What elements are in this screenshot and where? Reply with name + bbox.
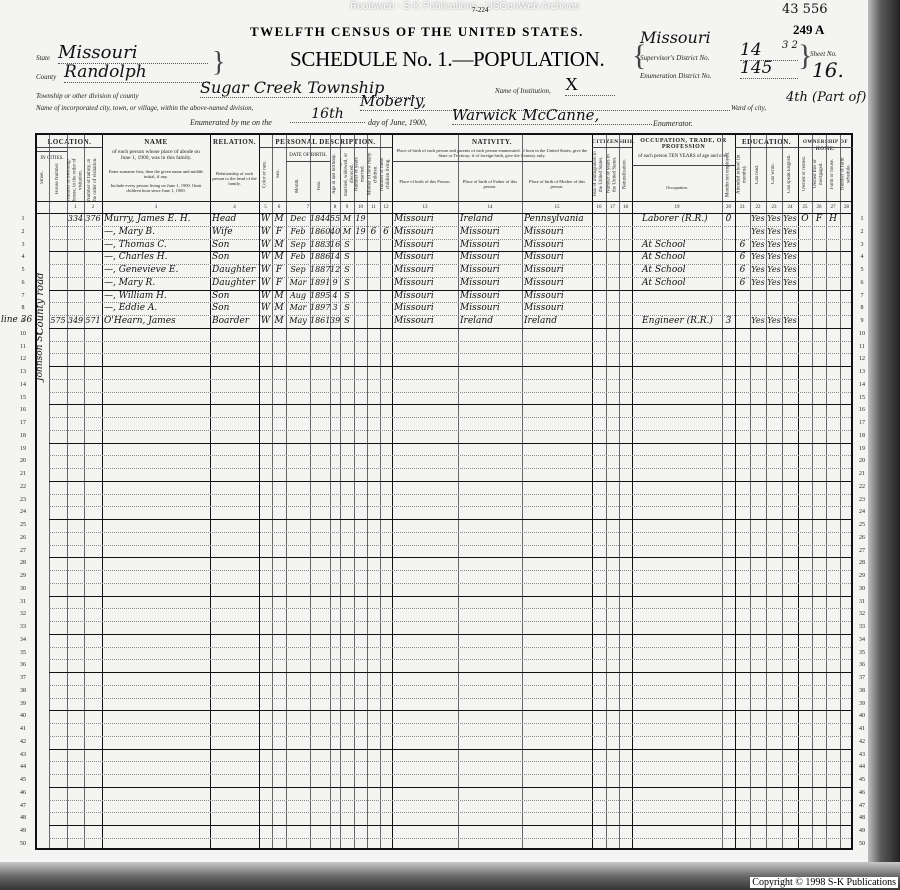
- row-divider: [49, 838, 851, 839]
- column-label: Can speak English.: [782, 151, 798, 197]
- column-number: 3: [102, 204, 210, 211]
- cell-father-bp: Missouri: [460, 226, 522, 238]
- cell-birthplace: Missouri: [394, 315, 458, 327]
- row-divider: [49, 404, 851, 405]
- column-label: Number of family, in the order of visita…: [84, 157, 102, 203]
- cell-age: 4: [330, 290, 340, 302]
- ward-value: 4th (Part of): [786, 90, 866, 105]
- line-number: 25: [855, 522, 869, 528]
- line-number: 3: [16, 242, 30, 248]
- line-number: 18: [855, 433, 869, 439]
- line-number: 43: [855, 752, 869, 758]
- line-number: 45: [855, 777, 869, 783]
- column-label: Color or race.: [259, 151, 272, 197]
- line-number: 15: [16, 395, 30, 401]
- column-number: 26: [812, 204, 826, 211]
- cell-relation: Son: [212, 290, 259, 302]
- row-divider: [49, 468, 851, 469]
- line-number: 8: [16, 305, 30, 311]
- line-number: 44: [855, 764, 869, 770]
- cell-write: Yes: [766, 251, 782, 263]
- county-value: Randolph: [64, 62, 208, 83]
- enumerated-prefix: Enumerated by me on the: [190, 118, 272, 127]
- row-divider: [49, 608, 851, 609]
- header-rule: [37, 147, 102, 148]
- cell-write: Yes: [766, 264, 782, 276]
- column-number: 28: [840, 204, 853, 211]
- table-row: —, William H.SonWMAug18954SMissouriMisso…: [37, 290, 851, 303]
- cell-year: 1897: [310, 302, 330, 314]
- cell-read: Yes: [750, 251, 766, 263]
- cell-years-married: 19: [354, 213, 367, 225]
- line-number: 17: [855, 420, 869, 426]
- line-number: 4: [16, 254, 30, 260]
- row-divider: [49, 392, 851, 393]
- schedule-title: SCHEDULE No. 1.—POPULATION.: [290, 47, 605, 72]
- line-number: 2: [855, 229, 869, 235]
- cell-month: Mar: [286, 302, 310, 314]
- cell-year: 1891: [310, 277, 330, 289]
- cell-father-bp: Missouri: [460, 251, 522, 263]
- cell-color: W: [259, 226, 272, 238]
- header-rule: [259, 147, 392, 148]
- enumerator-name: Warwick McCanne,: [452, 106, 652, 125]
- line-number: 7: [855, 293, 869, 299]
- row-divider: [49, 328, 851, 329]
- cell-sex: M: [272, 251, 286, 263]
- line-number: 31: [855, 599, 869, 605]
- row-divider: [49, 736, 851, 737]
- cell-english: Yes: [782, 264, 798, 276]
- table-row: —, Genevieve E.DaughterWFSep188712SMisso…: [37, 264, 851, 277]
- line-number: 8: [855, 305, 869, 311]
- line-number: 39: [855, 701, 869, 707]
- table-row: —, Eddie A.SonWMMar18973SMissouriMissour…: [37, 302, 851, 315]
- cell-free: F: [812, 213, 826, 225]
- line-number: 16: [855, 407, 869, 413]
- line-number: 29: [16, 573, 30, 579]
- page-id: 249 A: [793, 22, 824, 38]
- header-rule: [592, 147, 632, 148]
- row-divider: [49, 557, 851, 558]
- cell-occupation: Engineer (R.R.): [634, 315, 730, 327]
- line-number: 23: [855, 497, 869, 503]
- date-of-birth-label: DATE OF BIRTH.: [286, 153, 330, 158]
- table-row: —, Mary R.DaughterWFMar18919SMissouriMis…: [37, 277, 851, 290]
- column-number: 4: [210, 204, 259, 211]
- row-divider: [49, 698, 851, 699]
- line-number: 19: [16, 446, 30, 452]
- column-number: 24: [782, 204, 798, 211]
- cell-marital: M: [340, 213, 354, 225]
- brace: }: [212, 48, 225, 78]
- cell-month: Mar: [286, 277, 310, 289]
- row-divider: [49, 570, 851, 571]
- line-number: 4: [855, 254, 869, 260]
- column-label: Attended school (in months).: [735, 151, 750, 197]
- row-divider: [49, 672, 851, 673]
- scan-edge-right: [868, 0, 900, 890]
- line-number: 10: [855, 331, 869, 337]
- cell-relation: Daughter: [212, 277, 259, 289]
- state-value: Missouri: [58, 42, 208, 64]
- column-label: Place of birth of this Person.: [394, 179, 456, 184]
- line-number: 46: [16, 790, 30, 796]
- table-row: —, Charles H.SonWMFeb188614SMissouriMiss…: [37, 251, 851, 264]
- line-number: 6: [16, 280, 30, 286]
- margin-note-johnson-st: Johnson St: [35, 321, 45, 381]
- column-number: 2: [84, 204, 102, 211]
- cell-year: 1844: [310, 213, 330, 225]
- stamp-number: 43 556: [782, 2, 828, 17]
- cell-english: Yes: [782, 226, 798, 238]
- column-label: Number of years in the United States.: [606, 151, 619, 197]
- cell-mother-bp: Ireland: [524, 315, 592, 327]
- row-divider: [49, 800, 851, 801]
- column-number: 8: [330, 204, 340, 211]
- cell-color: W: [259, 302, 272, 314]
- table-row: —, Thomas C.SonWMSep188316SMissouriMisso…: [37, 239, 851, 252]
- line-number: 17: [16, 420, 30, 426]
- occupation-desc: of each person TEN YEARS of age and over…: [635, 154, 732, 160]
- row-divider: [49, 634, 851, 635]
- cell-read: Yes: [750, 264, 766, 276]
- line-number: 28: [855, 560, 869, 566]
- name-desc-3: Include every person living on June 1, 1…: [107, 183, 205, 193]
- city-label: Name of incorporated city, town, or vill…: [36, 104, 253, 112]
- line-number: 42: [855, 739, 869, 745]
- line-number: 28: [16, 560, 30, 566]
- cell-marital: S: [340, 277, 354, 289]
- cell-color: W: [259, 277, 272, 289]
- cell-marital: M: [340, 226, 354, 238]
- group-relation: RELATION.: [210, 139, 259, 146]
- cell-mother-bp: Pennsylvania: [524, 213, 592, 225]
- row-divider: [49, 494, 851, 495]
- column-label: Months not employed.: [722, 151, 735, 197]
- line-number: 20: [16, 458, 30, 464]
- cell-name: —, Thomas C.: [104, 239, 210, 251]
- row-divider: [49, 621, 851, 622]
- column-number: 21: [735, 204, 750, 211]
- ward-label: Ward of city,: [731, 104, 766, 112]
- group-location: LOCATION.: [37, 139, 102, 146]
- line-number: 34: [16, 637, 30, 643]
- line-number: 11: [855, 344, 869, 350]
- cell-father-bp: Missouri: [460, 264, 522, 276]
- column-label: Number of dwelling-house, in the order o…: [67, 157, 84, 203]
- line-number: 36: [855, 662, 869, 668]
- cell-family: 571: [84, 315, 102, 327]
- copyright: Copyright © 1998 S-K Publications: [750, 877, 898, 888]
- row-divider: [49, 749, 851, 750]
- line-number: 10: [16, 331, 30, 337]
- group-nativity: NATIVITY.: [392, 139, 592, 146]
- line-number: 50: [16, 841, 30, 847]
- line-number: 1: [16, 216, 30, 222]
- line-number: 7: [16, 293, 30, 299]
- line-number: 26: [16, 535, 30, 541]
- column-label: Owned free or mortgaged.: [812, 151, 826, 197]
- cell-year: 1860: [310, 226, 330, 238]
- cell-name: —, Charles H.: [104, 251, 210, 263]
- column-number: 18: [619, 204, 632, 211]
- line-number: 41: [16, 726, 30, 732]
- row-divider: [49, 761, 851, 762]
- column-label: Mother of how many children.: [367, 151, 380, 197]
- line-number: 33: [855, 624, 869, 630]
- cell-color: W: [259, 251, 272, 263]
- sheet-value: 16.: [812, 58, 844, 82]
- cell-age: 55: [330, 213, 340, 225]
- cell-birthplace: Missouri: [394, 226, 458, 238]
- cell-relation: Son: [212, 251, 259, 263]
- column-number: 20: [722, 204, 735, 211]
- cell-sex: F: [272, 264, 286, 276]
- cell-marital: S: [340, 239, 354, 251]
- cell-sex: M: [272, 239, 286, 251]
- cell-age: 39: [330, 315, 340, 327]
- line-number: 30: [855, 586, 869, 592]
- line-number: 49: [855, 828, 869, 834]
- cell-marital: S: [340, 264, 354, 276]
- cell-color: W: [259, 290, 272, 302]
- line-number: 44: [16, 764, 30, 770]
- row-divider: [49, 455, 851, 456]
- column-number: 9: [340, 204, 354, 211]
- cell-family: 376: [84, 213, 102, 225]
- line-number: 48: [16, 815, 30, 821]
- state-label: State: [36, 54, 50, 62]
- cell-school: 6: [735, 264, 750, 276]
- cell-mother-bp: Missouri: [524, 290, 592, 302]
- cell-occupation: At School: [634, 277, 730, 289]
- cell-unemployed: 0: [722, 213, 735, 225]
- cell-mother-bp: Missouri: [524, 264, 592, 276]
- column-number: 17: [606, 204, 619, 211]
- census-title: TWELFTH CENSUS OF THE UNITED STATES.: [250, 24, 584, 40]
- line-number: 35: [16, 650, 30, 656]
- line-number: 42: [16, 739, 30, 745]
- column-number: 6: [272, 204, 286, 211]
- cell-month: Sep: [286, 239, 310, 251]
- row-divider: [49, 812, 851, 813]
- line-number: 15: [855, 395, 869, 401]
- header-rule: [632, 165, 735, 166]
- column-label: Farm or house.: [826, 151, 840, 197]
- line-number: 13: [855, 369, 869, 375]
- cell-year: 1887: [310, 264, 330, 276]
- cell-sex: F: [272, 226, 286, 238]
- column-label: Can write.: [766, 151, 782, 197]
- enumeration-label: Enumeration District No.: [640, 72, 711, 80]
- line-number: 33: [16, 624, 30, 630]
- line-number: 5: [16, 267, 30, 273]
- name-desc-2: Enter surname first, then the given name…: [107, 169, 205, 179]
- cell-relation: Son: [212, 239, 259, 251]
- cell-month: May: [286, 315, 310, 327]
- cell-read: Yes: [750, 226, 766, 238]
- cell-age: 3: [330, 302, 340, 314]
- header-rule: [735, 147, 798, 148]
- line-number: 25: [16, 522, 30, 528]
- cell-read: Yes: [750, 239, 766, 251]
- column-label: Whether single, married, widowed, or div…: [340, 151, 354, 197]
- cell-name: Murry, James E. H.: [104, 213, 210, 225]
- cell-english: Yes: [782, 251, 798, 263]
- line-number: 11: [16, 344, 30, 350]
- cell-occupation: At School: [634, 251, 730, 263]
- column-number: 10: [354, 204, 367, 211]
- cell-age: 40: [330, 226, 340, 238]
- cell-year: 1883: [310, 239, 330, 251]
- column-label: Occupation.: [634, 185, 720, 190]
- line-number: 13: [16, 369, 30, 375]
- watermark: Rootsweb - S-K Publications - USGenWeb A…: [350, 1, 579, 12]
- cell-birthplace: Missouri: [394, 264, 458, 276]
- line-number: 31: [16, 599, 30, 605]
- cell-month: Feb: [286, 226, 310, 238]
- cell-birthplace: Missouri: [394, 251, 458, 263]
- column-number: 27: [826, 204, 840, 211]
- cell-occupation: At School: [634, 264, 730, 276]
- cell-write: Yes: [766, 226, 782, 238]
- column-number: 15: [522, 204, 592, 211]
- line-number: 39: [16, 701, 30, 707]
- line-number: 9: [855, 318, 869, 324]
- cell-birthplace: Missouri: [394, 277, 458, 289]
- line-number: 16: [16, 407, 30, 413]
- row-divider: [49, 532, 851, 533]
- column-label: Number of farm schedule.: [840, 151, 853, 197]
- column-label: Age at last birthday.: [330, 151, 340, 197]
- line-number: 34: [855, 637, 869, 643]
- cell-write: Yes: [766, 239, 782, 251]
- row-divider: [49, 545, 851, 546]
- enumerated-day: 16th: [290, 106, 365, 123]
- cell-read: Yes: [750, 277, 766, 289]
- name-desc-1: of each person whose place of abode on J…: [107, 149, 205, 161]
- cell-write: Yes: [766, 277, 782, 289]
- cell-dwelling: 334: [67, 213, 84, 225]
- cell-month: Sep: [286, 264, 310, 276]
- column-label: Number of these children living.: [380, 151, 392, 197]
- column-number: 22: [750, 204, 766, 211]
- cell-mother-bp: Missouri: [524, 226, 592, 238]
- state-annotation: Missouri: [640, 28, 711, 47]
- header-rule: [37, 201, 851, 202]
- cell-mother-bp: Missouri: [524, 251, 592, 263]
- cell-english: Yes: [782, 315, 798, 327]
- cell-mother-bp: Missouri: [524, 302, 592, 314]
- column-number: 23: [766, 204, 782, 211]
- cell-name: —, Mary B.: [104, 226, 210, 238]
- cell-father-bp: Missouri: [460, 239, 522, 251]
- cell-sex: M: [272, 213, 286, 225]
- group-occupation: OCCUPATION, TRADE, OR PROFESSION: [632, 138, 735, 150]
- population-table: LOCATION. IN CITIES. NAME of each person…: [35, 133, 853, 850]
- line-number: 43: [16, 752, 30, 758]
- cell-marital: S: [340, 315, 354, 327]
- cell-father-bp: Missouri: [460, 302, 522, 314]
- line-number: 26: [855, 535, 869, 541]
- cell-sex: M: [272, 315, 286, 327]
- cell-relation: Daughter: [212, 264, 259, 276]
- enumeration-value: 145: [740, 58, 798, 79]
- supervisor-label: Supervisor's District No.: [640, 54, 709, 62]
- line-number: 46: [855, 790, 869, 796]
- row-divider: [49, 710, 851, 711]
- line-number: 2: [16, 229, 30, 235]
- margin-note-line: line 36: [1, 315, 32, 325]
- column-number: 12: [380, 204, 392, 211]
- cell-mother-bp: Missouri: [524, 239, 592, 251]
- group-personal: PERSONAL DESCRIPTION.: [259, 139, 392, 146]
- supervisor-note: 3 2: [782, 40, 798, 51]
- line-number: 14: [855, 382, 869, 388]
- cell-sex: M: [272, 302, 286, 314]
- cell-name: O'Hearn, James: [104, 315, 210, 327]
- row-divider: [49, 341, 851, 342]
- cell-year: 1886: [310, 251, 330, 263]
- table-row: 575349571O'Hearn, JamesBoarderWMMay18613…: [37, 315, 851, 328]
- line-number: 45: [16, 777, 30, 783]
- row-divider: [49, 647, 851, 648]
- cell-sex: F: [272, 277, 286, 289]
- cell-living: 6: [380, 226, 392, 238]
- line-number: 27: [855, 548, 869, 554]
- column-label: Year.: [310, 173, 330, 199]
- column-label: Can read.: [750, 151, 766, 197]
- cell-owned: O: [798, 213, 812, 225]
- cell-month: Aug: [286, 290, 310, 302]
- cell-age: 14: [330, 251, 340, 263]
- line-number: 36: [16, 662, 30, 668]
- line-number: 37: [16, 675, 30, 681]
- column-label: Number of years married.: [354, 151, 367, 197]
- cell-birthplace: Missouri: [394, 290, 458, 302]
- cell-name: —, Eddie A.: [104, 302, 210, 314]
- line-number: 20: [855, 458, 869, 464]
- column-number: 1: [67, 204, 84, 211]
- cell-age: 9: [330, 277, 340, 289]
- line-number: 40: [16, 713, 30, 719]
- line-number: 14: [16, 382, 30, 388]
- line-number: 38: [855, 688, 869, 694]
- line-number: 1: [855, 216, 869, 222]
- cell-age: 16: [330, 239, 340, 251]
- line-number: 23: [16, 497, 30, 503]
- cell-write: Yes: [766, 213, 782, 225]
- row-divider: [49, 596, 851, 597]
- cell-english: Yes: [782, 213, 798, 225]
- cell-father-bp: Missouri: [460, 277, 522, 289]
- column-label: Naturalization.: [619, 151, 632, 197]
- cell-name: —, Genevieve E.: [104, 264, 210, 276]
- line-number: 24: [16, 509, 30, 515]
- enumerator-label: Enumerator.: [653, 119, 693, 128]
- column-label: Month.: [286, 173, 310, 199]
- cell-year: 1895: [310, 290, 330, 302]
- header-rule: [392, 161, 592, 162]
- cell-marital: S: [340, 302, 354, 314]
- enumerated-suffix: day of June, 1900,: [368, 118, 427, 127]
- line-number: 38: [16, 688, 30, 694]
- cell-english: Yes: [782, 277, 798, 289]
- cell-marital: S: [340, 290, 354, 302]
- row-divider: [49, 659, 851, 660]
- line-number: 6: [855, 280, 869, 286]
